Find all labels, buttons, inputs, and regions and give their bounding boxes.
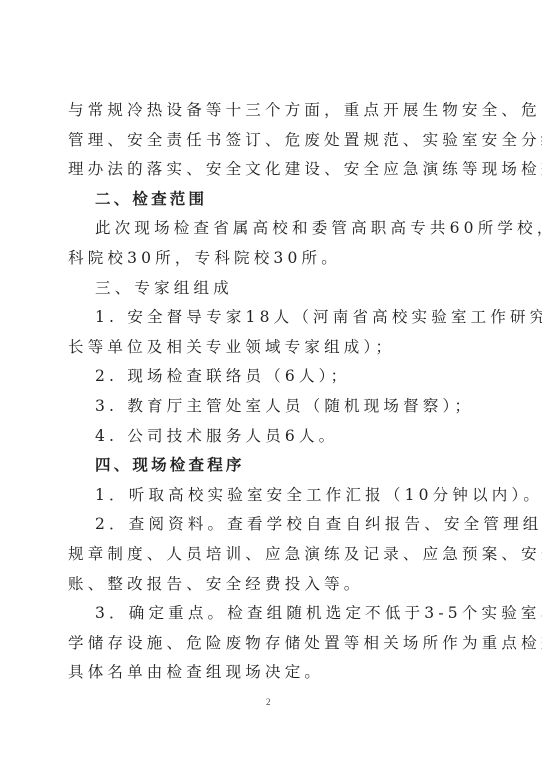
list-item-continued: 学储存设施、危险废物存储处置等相关场所作为重点检查对象。 <box>68 629 480 659</box>
list-item: 2．查阅资料。查看学校自查自纠报告、安全管理组织体系、 <box>68 510 480 540</box>
list-item-continued: 长等单位及相关专业领域专家组成）； <box>68 333 480 363</box>
list-item-continued: 规章制度、人员培训、应急演练及记录、应急预案、安全检查台 <box>68 540 480 570</box>
section-heading-procedure: 四、现场检查程序 <box>68 451 480 481</box>
section-heading-experts: 三、专家组组成 <box>68 274 480 304</box>
list-item: 1．听取高校实验室安全工作汇报（10分钟以内）。 <box>68 481 480 511</box>
list-item: 3．确定重点。检查组随机选定不低于3-5个实验室、危险化 <box>68 599 480 629</box>
page-number: 2 <box>266 697 271 707</box>
section-heading-scope: 二、检查范围 <box>68 185 480 215</box>
paragraph-line: 此次现场检查省属高校和委管高职高专共60所学校，其中本 <box>68 214 480 244</box>
paragraph-line: 管理、安全责任书签订、危废处置规范、实验室安全分级分类管 <box>68 126 480 156</box>
list-item: 1. 安全督导专家18人（河南省高校实验室工作研究会副理事 <box>68 303 480 333</box>
list-item-continued: 账、整改报告、安全经费投入等。 <box>68 570 480 600</box>
paragraph-line: 科院校30所，专科院校30所。 <box>68 244 480 274</box>
paragraph-line: 理办法的落实、安全文化建设、安全应急演练等现场检查。 <box>68 155 480 185</box>
list-item: 2. 现场检查联络员（6人）； <box>68 362 480 392</box>
paragraph-line: 与常规冷热设备等十三个方面，重点开展生物安全、危险化学品 <box>68 96 480 126</box>
document-body: 与常规冷热设备等十三个方面，重点开展生物安全、危险化学品 管理、安全责任书签订、… <box>68 96 480 688</box>
list-item: 3. 教育厅主管处室人员（随机现场督察）； <box>68 392 480 422</box>
list-item-continued: 具体名单由检查组现场决定。 <box>68 658 480 688</box>
list-item: 4. 公司技术服务人员6人。 <box>68 422 480 452</box>
